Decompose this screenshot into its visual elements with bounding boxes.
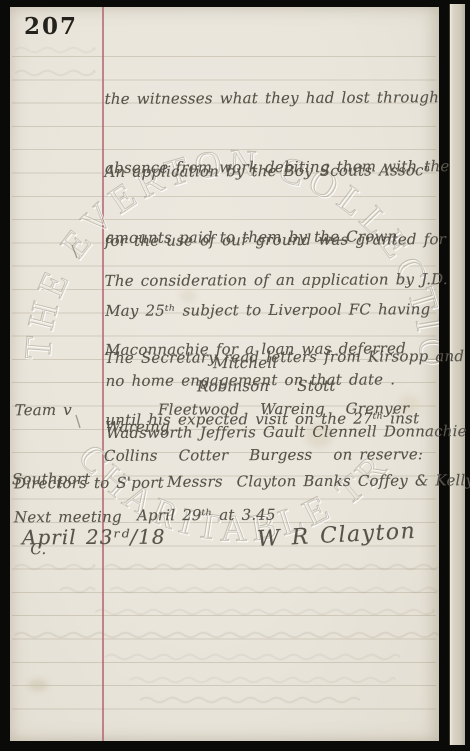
minute-book-scan: THE EVERTON COLLECTION CHARITABLE TRUST … — [0, 0, 470, 751]
handwritten-line: the witnesses what they had lost through — [105, 86, 450, 111]
handwritten-line: Team v — [12, 398, 90, 422]
date-line: April 23ʳᵈ/18 — [22, 526, 166, 550]
handwritten-line: An application by the Boy Scouts Assocⁿ — [104, 159, 445, 184]
team-row-fullbacks: Robinson Stott — [197, 375, 336, 399]
team-row-halfbacks: Fleetwood Wareing Grenyer — [158, 397, 409, 422]
directors-line-names: Messrs Clayton Banks Coffey & Kelly. — [167, 469, 470, 494]
handwritten-line: The consideration of an application by J… — [105, 268, 448, 293]
team-row-goalkeeper: Mitchell — [213, 352, 277, 376]
handwritten-line: The Secretary read letters from Kirsopp … — [105, 345, 464, 370]
page-number: 207 — [24, 13, 78, 40]
team-row-forwards: Wadsworth Jefferis Gault Clennell Donnac… — [106, 420, 467, 445]
directors-line-label: Directors to S'port — [14, 472, 164, 496]
ledger-page: THE EVERTON COLLECTION CHARITABLE TRUST … — [10, 7, 439, 741]
team-row-reserves: Collins Cotter Burgess on reserve: — [104, 443, 423, 468]
